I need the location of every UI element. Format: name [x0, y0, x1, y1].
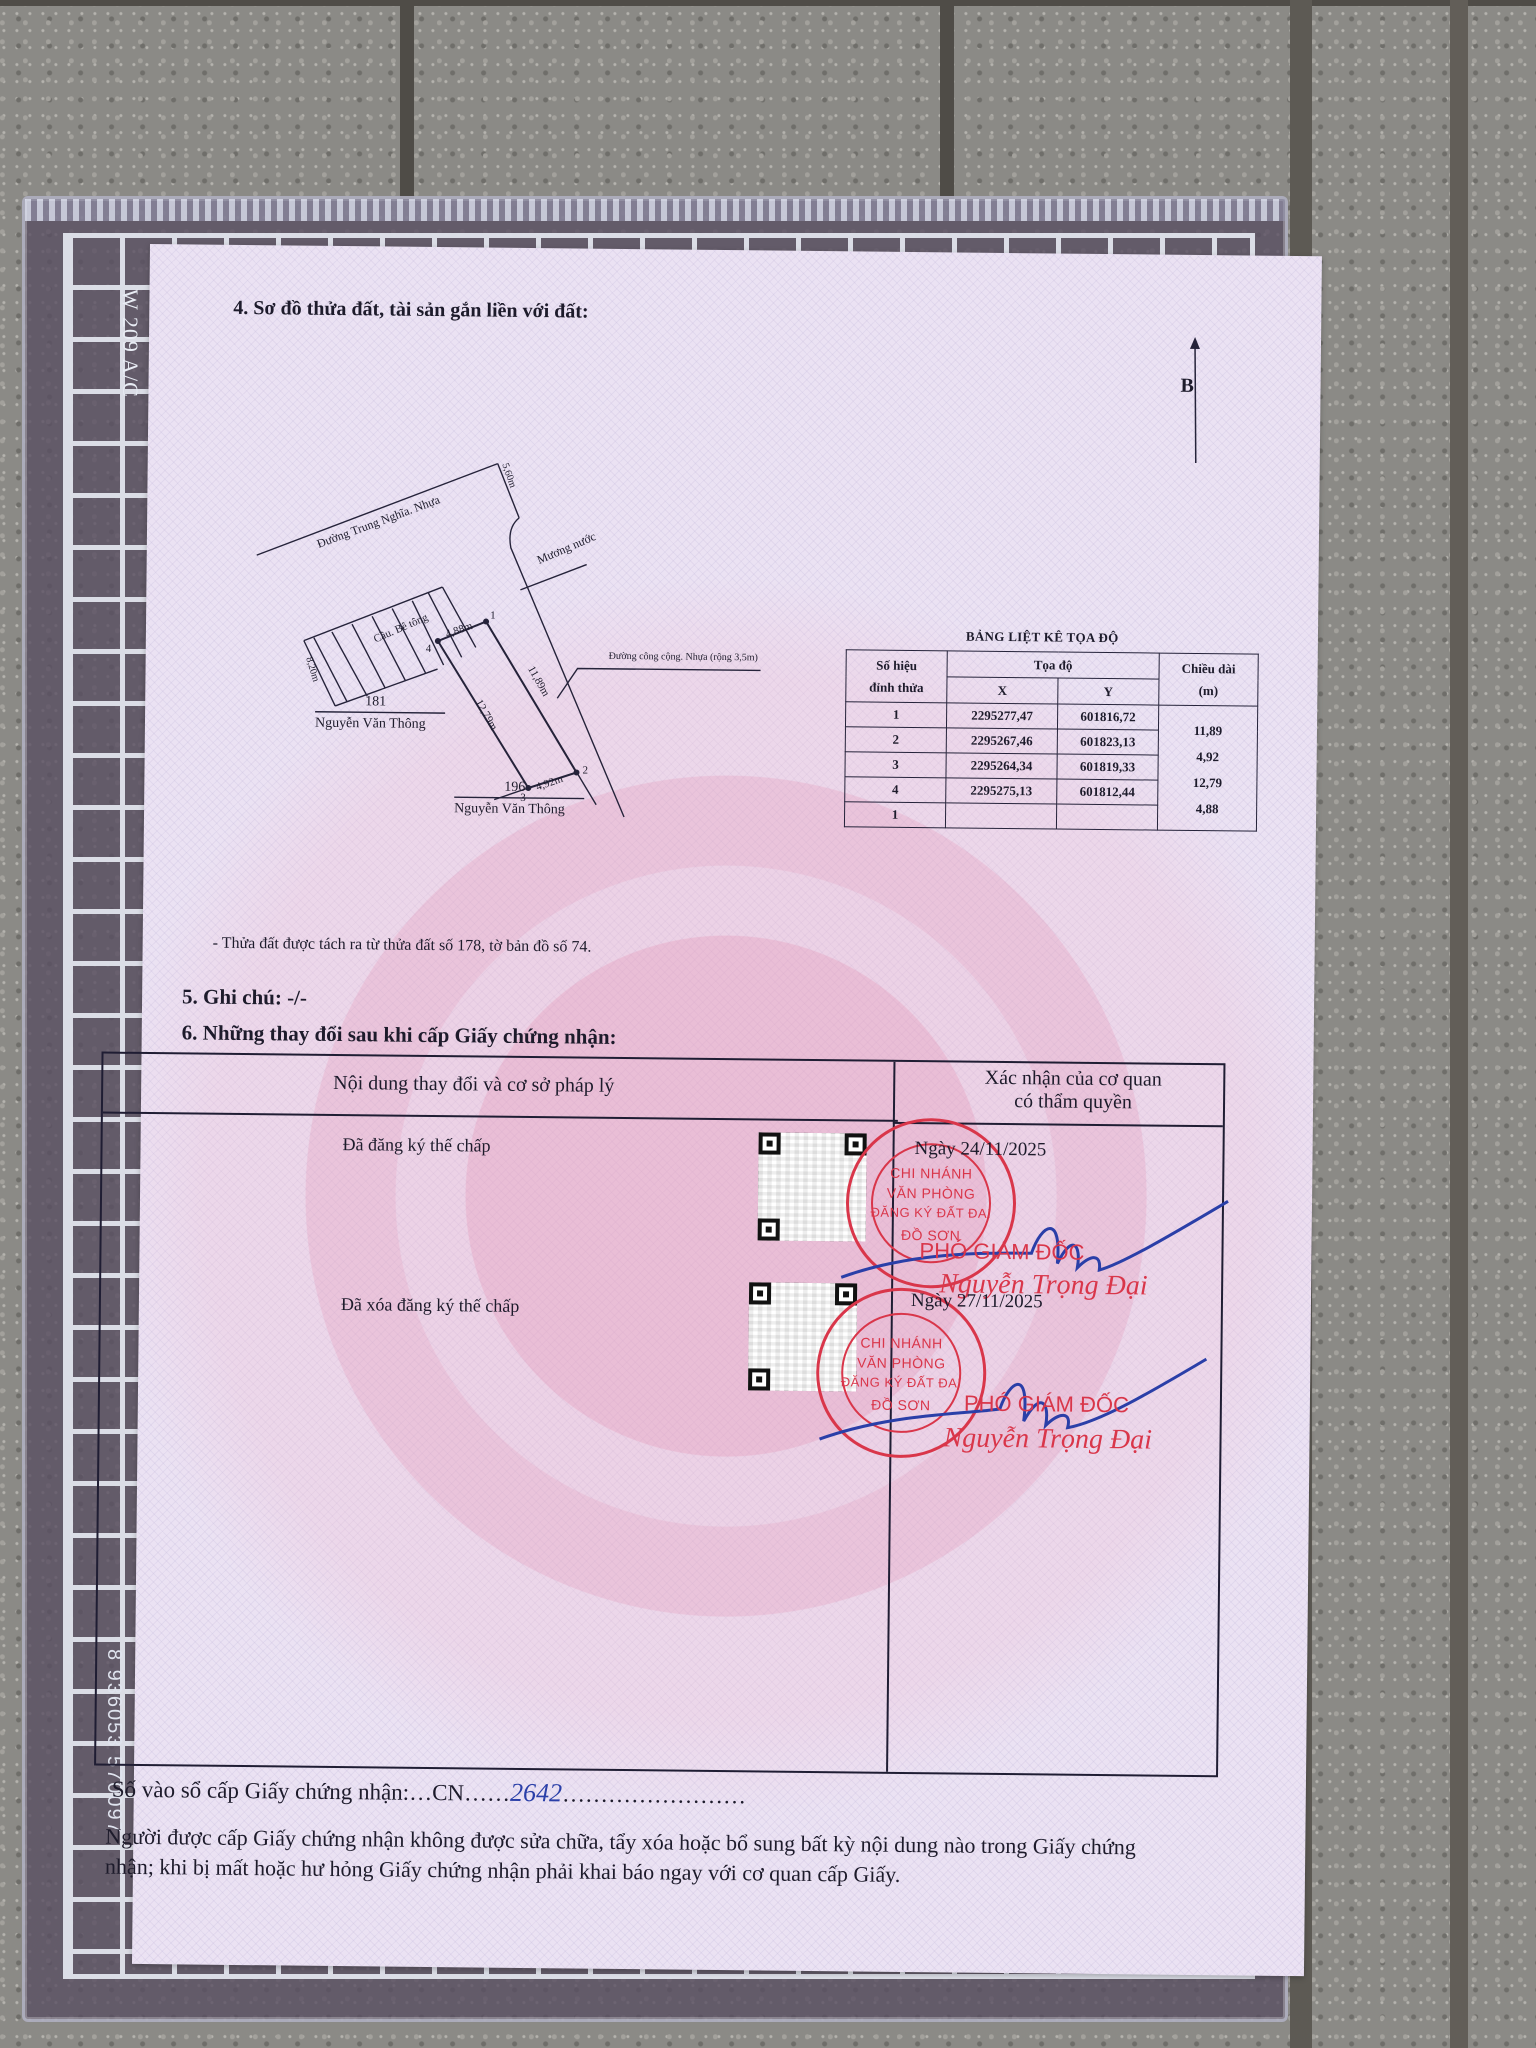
- cell-vertex: 4: [845, 777, 946, 803]
- cell-y: 601819,33: [1057, 754, 1158, 780]
- cell-vertex: 3: [845, 752, 946, 778]
- header-length: Chiều dài (m): [1159, 653, 1259, 706]
- vertex-4-label: 4: [426, 643, 432, 655]
- cell-y: 601812,44: [1057, 779, 1158, 805]
- vertex-2-label: 2: [582, 765, 588, 777]
- vertex-1-label: 1: [490, 610, 496, 622]
- qr-finder-icon: [758, 1218, 780, 1240]
- neighbor-owner-196: Nguyễn Văn Thông: [454, 801, 565, 818]
- cell-x: [945, 803, 1056, 829]
- sleeve-label: W 209 A/C: [117, 289, 143, 398]
- section-4-title: 4. Sơ đồ thửa đất, tài sản gắn liền với …: [233, 297, 589, 324]
- cell-lengths: 11,89 4,92 12,79 4,88: [1157, 705, 1257, 831]
- pavement-joint: [940, 0, 954, 200]
- certificate-warning: Người được cấp Giấy chứng nhận không đượ…: [105, 1822, 1166, 1893]
- coord-table-title: BẢNG LIỆT KÊ TỌA ĐỘ: [966, 629, 1119, 647]
- entry-2-signer-title: PHÓ GIÁM ĐỐC: [964, 1391, 1129, 1419]
- north-label: B: [1180, 375, 1194, 398]
- north-arrow-icon: [1178, 335, 1219, 465]
- north-arrow: B: [1178, 335, 1219, 465]
- parcel-diagram: [204, 365, 909, 872]
- cell-vertex: 2: [845, 727, 946, 753]
- header-x: X: [947, 677, 1058, 704]
- cell-x: 2295275,13: [946, 778, 1057, 804]
- cell-x: 2295264,34: [946, 753, 1057, 779]
- header-vertex-line2: đỉnh thửa: [846, 679, 946, 696]
- stamp-line: CHI NHÁNH: [849, 1164, 1013, 1182]
- cell-x: 2295277,47: [946, 703, 1057, 729]
- qr-finder-icon: [748, 1368, 770, 1390]
- cell-vertex: 1: [845, 702, 946, 728]
- entry-1-content: Đã đăng ký thế chấp: [342, 1134, 490, 1157]
- registry-number: 2642: [510, 1778, 562, 1808]
- sleeve-ridge: [25, 199, 1285, 221]
- length-3-4: 12,79: [1158, 770, 1256, 797]
- pavement-joint: [1450, 0, 1468, 2048]
- parcel-sketch: Đường Trung Nghĩa. Nhựa 5,60m Cầu. Bê tô…: [204, 365, 909, 872]
- length-4-1: 4,88: [1158, 796, 1256, 823]
- pavement-joint: [400, 0, 414, 200]
- cell-vertex: 1: [844, 802, 945, 828]
- coord-table: Số hiệu đỉnh thửa Tọa độ Chiều dài (m) X…: [844, 649, 1259, 831]
- header-confirmation-line2: có thẩm quyền: [943, 1089, 1203, 1115]
- cell-x: 2295267,46: [946, 728, 1057, 754]
- header-confirmation: Xác nhận của cơ quan có thẩm quyền: [943, 1066, 1203, 1115]
- entry-2-signer-name: Nguyễn Trọng Đại: [943, 1422, 1152, 1456]
- public-road-label: Đường công cộng. Nhựa (rộng 3,5m): [609, 651, 758, 664]
- section-5-title: 5. Ghi chú: -/-: [182, 984, 307, 1010]
- header-length-line2: (m): [1159, 682, 1257, 699]
- registry-number-line: Số vào sổ cấp Giấy chứng nhận:…CN……2642……: [112, 1774, 747, 1811]
- entry-1-date: Ngày 24/11/2025: [914, 1138, 1046, 1161]
- header-coord: Tọa độ: [947, 651, 1159, 679]
- parcel-origin-note: - Thửa đất được tách ra từ thửa đất số 1…: [213, 935, 592, 957]
- cell-y: 601816,72: [1057, 704, 1158, 730]
- header-confirmation-line1: Xác nhận của cơ quan: [943, 1066, 1203, 1092]
- changes-table: Nội dung thay đổi và cơ sở pháp lý Xác n…: [94, 1052, 1225, 1778]
- entry-1-signer-title: PHÓ GIÁM ĐỐC: [919, 1238, 1084, 1266]
- certificate-page: 4. Sơ đồ thửa đất, tài sản gắn liền với …: [132, 244, 1322, 1976]
- header-change-content: Nội dung thay đổi và cơ sở pháp lý: [333, 1072, 614, 1098]
- cell-y: 601823,13: [1057, 729, 1158, 755]
- cell-y: [1056, 804, 1157, 830]
- length-1-2: 11,89: [1159, 718, 1257, 745]
- qr-finder-icon: [749, 1282, 771, 1304]
- registry-label: Số vào sổ cấp Giấy chứng nhận:: [112, 1777, 410, 1805]
- entry-2-content: Đã xóa đăng ký thế chấp: [341, 1294, 520, 1317]
- table-divider: [103, 1112, 898, 1122]
- registry-prefix: CN: [432, 1780, 464, 1805]
- section-6-title: 6. Những thay đổi sau khi cấp Giấy chứng…: [182, 1020, 617, 1050]
- qr-finder-icon: [758, 1132, 780, 1154]
- header-length-line1: Chiều dài: [1160, 660, 1258, 677]
- neighbor-owner-181: Nguyễn Văn Thông: [315, 716, 426, 733]
- entry-2-date: Ngày 27/11/2025: [911, 1290, 1043, 1313]
- neighbor-parcel-181: 181: [365, 694, 386, 710]
- header-y: Y: [1058, 678, 1159, 705]
- header-vertex-line1: Số hiệu: [847, 657, 947, 674]
- neighbor-parcel-196: 196: [504, 780, 525, 796]
- length-2-3: 4,92: [1159, 744, 1257, 771]
- header-vertex: Số hiệu đỉnh thửa: [846, 650, 948, 703]
